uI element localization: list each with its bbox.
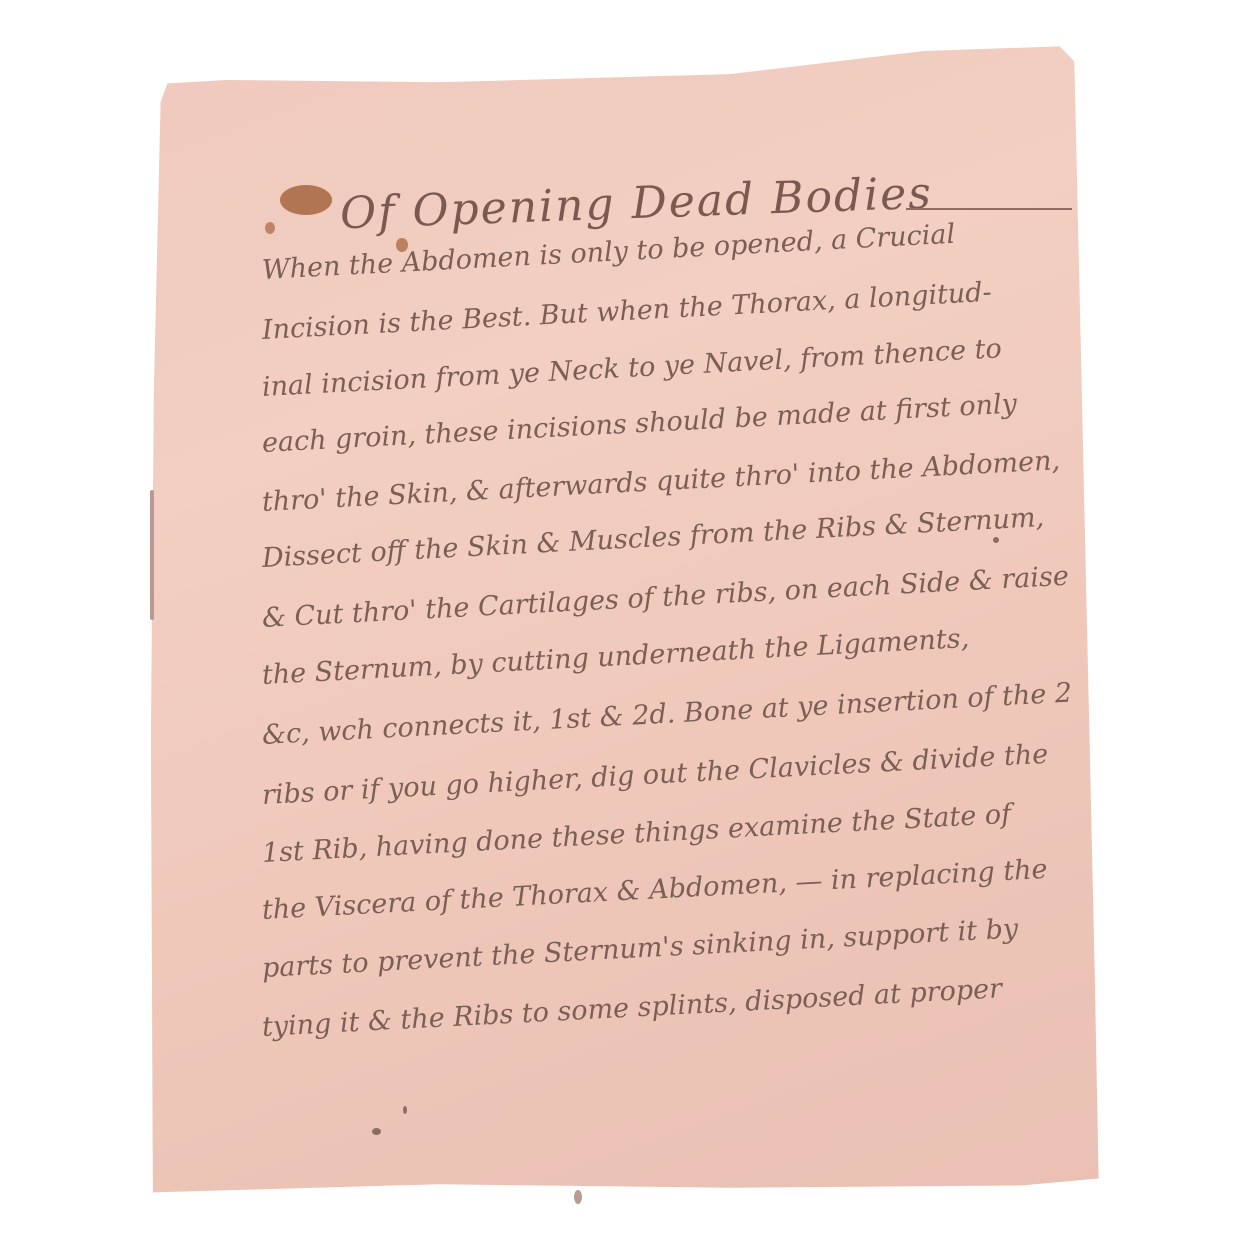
ink-stain bbox=[265, 222, 275, 234]
ink-speck bbox=[403, 1106, 407, 1114]
ink-stain bbox=[280, 185, 332, 215]
ink-speck bbox=[372, 1128, 381, 1135]
binding-thread bbox=[150, 490, 154, 620]
ink-speck bbox=[993, 537, 999, 543]
title-underline bbox=[906, 208, 1072, 210]
ink-stain bbox=[574, 1190, 582, 1204]
